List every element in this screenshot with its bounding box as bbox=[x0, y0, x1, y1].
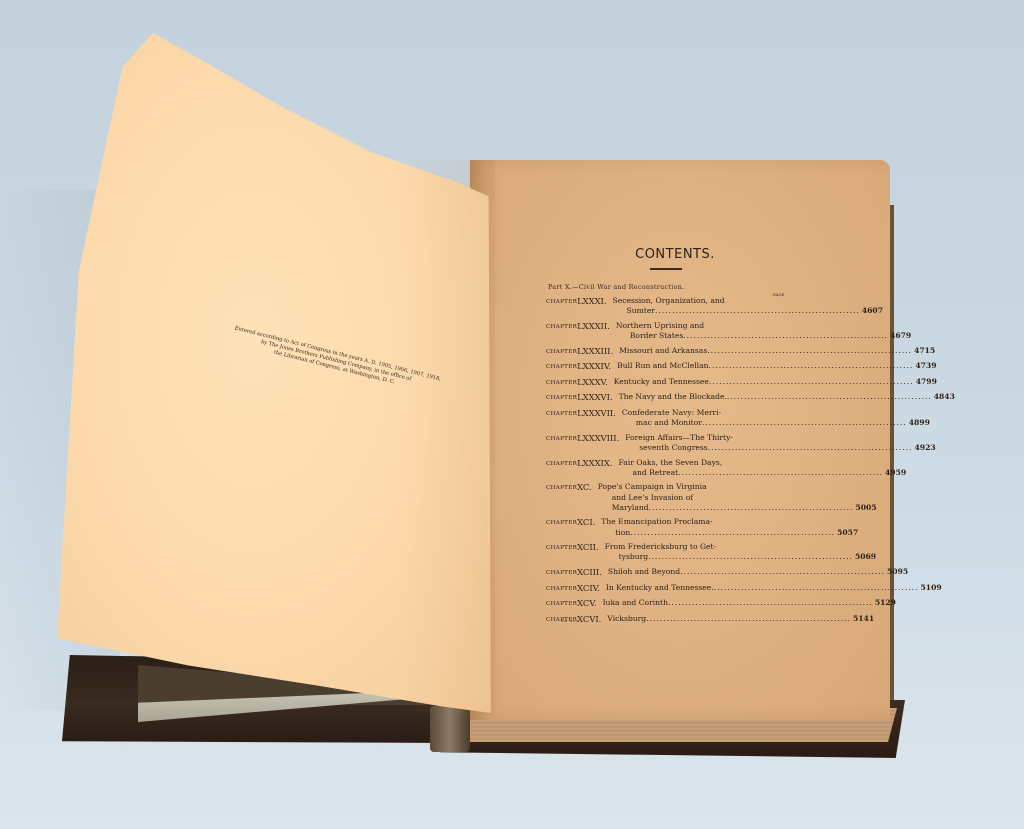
chapter-numeral: LXXXVIII. bbox=[577, 433, 625, 453]
leader-dots: ........................................… bbox=[683, 331, 888, 341]
page-number: 5109 bbox=[919, 583, 942, 593]
leader-dots: ........................................… bbox=[727, 392, 932, 402]
toc-entry: CHAPTERLXXXV.Kentucky and Tennessee.....… bbox=[546, 377, 811, 388]
chapter-label: CHAPTER bbox=[546, 482, 577, 513]
toc-entry: CHAPTERXCIII.Shiloh and Beyond..........… bbox=[546, 567, 811, 578]
chapter-title: seventh Congress bbox=[639, 443, 707, 453]
chapter-numeral: LXXXIX. bbox=[577, 458, 618, 478]
chapter-label: CHAPTER bbox=[546, 433, 577, 453]
toc-entry: CHAPTERXCV.Iuka and Corinth.............… bbox=[546, 598, 811, 609]
page-number: 4899 bbox=[907, 418, 930, 428]
chapter-label: CHAPTER bbox=[546, 321, 577, 341]
contents-title: CONTENTS. bbox=[560, 247, 790, 262]
chapter-title: Kentucky and Tennessee bbox=[614, 377, 709, 387]
chapter-title: The Navy and the Blockade. bbox=[619, 392, 727, 402]
chapter-title: Fair Oaks, the Seven Days, bbox=[618, 458, 722, 468]
toc-entry: CHAPTERXCII.From Fredericksburg to Get-t… bbox=[546, 542, 811, 562]
chapter-title: Confederate Navy: Merri- bbox=[622, 408, 721, 418]
chapter-label: CHAPTER bbox=[546, 408, 577, 428]
chapter-title: Pope's Campaign in Virginia bbox=[598, 482, 707, 492]
chapter-title: Bull Run and McClellan bbox=[617, 361, 708, 371]
leader-dots: ........................................… bbox=[707, 346, 912, 356]
toc-entry: CHAPTERXC.Pope's Campaign in Virginiaand… bbox=[546, 482, 811, 513]
chapter-title: In Kentucky and Tennessee. bbox=[606, 583, 714, 593]
chapter-numeral: XCII. bbox=[577, 542, 605, 562]
leader-dots: ........................................… bbox=[646, 614, 851, 624]
toc-entry: CHAPTERXCVI.Vicksburg...................… bbox=[546, 614, 811, 625]
toc-entry: CHAPTERLXXXVI.The Navy and the Blockade.… bbox=[546, 392, 811, 403]
chapter-title: Shiloh and Beyond bbox=[608, 567, 680, 577]
chapter-label: CHAPTER bbox=[546, 598, 577, 609]
chapter-title: Sumter bbox=[627, 306, 655, 316]
leader-dots: ........................................… bbox=[709, 377, 914, 387]
chapter-title: Border States bbox=[630, 331, 683, 341]
chapter-numeral: LXXXI. bbox=[577, 296, 612, 316]
chapter-label: CHAPTER bbox=[546, 296, 577, 316]
chapter-numeral: LXXXVI. bbox=[577, 392, 618, 403]
chapter-label: CHAPTER bbox=[546, 517, 577, 537]
chapter-label: CHAPTER bbox=[546, 583, 577, 594]
chapter-numeral: LXXXII. bbox=[577, 321, 616, 341]
chapter-numeral: XCIII. bbox=[577, 567, 608, 578]
page-number: 4959 bbox=[883, 468, 906, 478]
chapter-label: CHAPTER bbox=[546, 567, 577, 578]
chapter-numeral: XCV. bbox=[577, 598, 602, 609]
page-number: 4843 bbox=[932, 392, 955, 402]
toc-entry: CHAPTERXCI.The Emancipation Proclama-tio… bbox=[546, 517, 811, 537]
toc-entry: CHAPTERLXXXIII.Missouri and Arkansas....… bbox=[546, 346, 811, 357]
chapter-numeral: XC. bbox=[577, 482, 598, 513]
chapter-numeral: XCIV. bbox=[577, 583, 606, 594]
leader-dots: ........................................… bbox=[668, 598, 873, 608]
spine-hinge bbox=[430, 706, 470, 752]
chapter-title: From Fredericksburg to Get- bbox=[605, 542, 717, 552]
chapter-title: Missouri and Arkansas bbox=[619, 346, 707, 356]
chapter-numeral: XCVI. bbox=[577, 614, 607, 625]
leader-dots: ........................................… bbox=[649, 503, 854, 513]
leader-dots: ........................................… bbox=[714, 583, 919, 593]
chapter-label: CHAPTER bbox=[546, 392, 577, 403]
toc-entry: CHAPTERLXXXVIII.Foreign Affairs—The Thir… bbox=[546, 433, 811, 453]
leader-dots: ........................................… bbox=[680, 567, 885, 577]
title-rule bbox=[650, 268, 682, 270]
page-number: 5141 bbox=[851, 614, 874, 624]
chapter-label: CHAPTER bbox=[546, 361, 577, 372]
chapter-title: mac and Monitor bbox=[636, 418, 702, 428]
chapter-label: CHAPTER bbox=[546, 542, 577, 562]
chapter-numeral: LXXXIII. bbox=[577, 346, 619, 357]
leader-dots: ........................................… bbox=[648, 552, 853, 562]
chapter-numeral: LXXXVII. bbox=[577, 408, 622, 428]
page-number: 5005 bbox=[853, 503, 876, 513]
chapter-title: tysburg bbox=[619, 552, 648, 562]
chapter-numeral: LXXXIV. bbox=[577, 361, 617, 372]
chapter-title: Vicksburg bbox=[607, 614, 646, 624]
leader-dots: ........................................… bbox=[655, 306, 860, 316]
chapter-numeral: XCI. bbox=[577, 517, 601, 537]
toc-entry: CHAPTERLXXXI.Secession, Organization, an… bbox=[546, 296, 811, 316]
chapter-title: The Emancipation Proclama- bbox=[601, 517, 712, 527]
page-number: 4679 bbox=[888, 331, 911, 341]
page-number: 5069 bbox=[853, 552, 876, 562]
chapter-title: Iuka and Corinth bbox=[603, 598, 668, 608]
toc-entry: CHAPTERXCIV.In Kentucky and Tennessee...… bbox=[546, 583, 811, 594]
toc-entry: CHAPTERLXXXII.Northern Uprising andBorde… bbox=[546, 321, 811, 341]
page-number: 4715 bbox=[912, 346, 935, 356]
page-number: 4799 bbox=[914, 377, 937, 387]
chapter-title: and Lee's Invasion of bbox=[612, 493, 693, 503]
leader-dots: ........................................… bbox=[678, 468, 883, 478]
chapter-title: and Retreat bbox=[632, 468, 678, 478]
chapter-title: Maryland bbox=[612, 503, 649, 513]
page-number: 4739 bbox=[913, 361, 936, 371]
chapter-title: Foreign Affairs—The Thirty- bbox=[625, 433, 733, 443]
chapter-title: Northern Uprising and bbox=[616, 321, 704, 331]
page-number: 4923 bbox=[913, 443, 936, 453]
chapter-title: tion bbox=[615, 528, 630, 538]
chapter-title: Secession, Organization, and bbox=[613, 296, 725, 306]
page-number: 5095 bbox=[885, 567, 908, 577]
chapter-label: CHAPTER bbox=[546, 458, 577, 478]
table-of-contents: CHAPTERLXXXI.Secession, Organization, an… bbox=[546, 296, 811, 629]
toc-entry: CHAPTERLXXXIV.Bull Run and McClellan....… bbox=[546, 361, 811, 372]
page-number: 4607 bbox=[860, 306, 883, 316]
page-number: 5057 bbox=[835, 528, 858, 538]
chapter-label: CHAPTER bbox=[546, 377, 577, 388]
signature-mark: Vol. X—0 bbox=[561, 618, 579, 623]
chapter-label: CHAPTER bbox=[546, 346, 577, 357]
leader-dots: ........................................… bbox=[708, 443, 913, 453]
leader-dots: ........................................… bbox=[709, 361, 914, 371]
part-heading: Part X.—Civil War and Reconstruction. bbox=[548, 283, 685, 291]
leader-dots: ........................................… bbox=[630, 528, 835, 538]
leader-dots: ........................................… bbox=[702, 418, 907, 428]
toc-entry: CHAPTERLXXXIX.Fair Oaks, the Seven Days,… bbox=[546, 458, 811, 478]
toc-entry: CHAPTERLXXXVII.Confederate Navy: Merri-m… bbox=[546, 408, 811, 428]
chapter-numeral: LXXXV. bbox=[577, 377, 614, 388]
page-number: 5129 bbox=[873, 598, 896, 608]
